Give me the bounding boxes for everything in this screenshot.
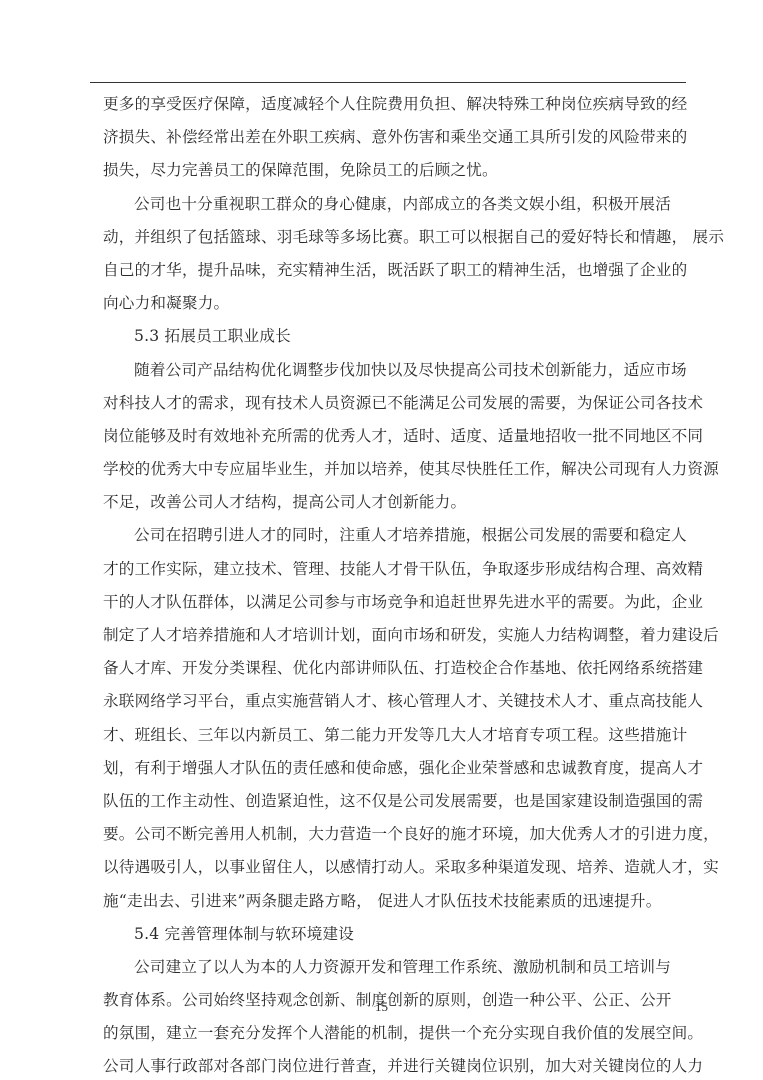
header-rule xyxy=(90,82,686,83)
text-line: 以待遇吸引人，以事业留住人，以感情打动人。采取多种渠道发现、培养、造就人才，实 xyxy=(103,851,675,884)
text-line: 岗位能够及时有效地补充所需的优秀人才，适时、适度、适量地招收一批不同地区不同 xyxy=(103,420,675,453)
text-line: 的氛围，建立一套充分发挥个人潜能的机制，提供一个充分实现自我价值的发展空间。 xyxy=(103,1017,675,1050)
text-line: 随着公司产品结构优化调整步伐加快以及尽快提高公司技术创新能力，适应市场 xyxy=(103,354,675,387)
text-line: 自己的才华，提升品味，充实精神生活，既活跃了职工的精神生活，也增强了企业的 xyxy=(103,254,675,287)
text-line: 公司人事行政部对各部门岗位进行普查，并进行关键岗位识别，加大对关键岗位的人力 xyxy=(103,1050,675,1080)
page-number: 15 xyxy=(0,999,763,1015)
text-line: 公司也十分重视职工群众的身心健康，内部成立的各类文娱小组，积极开展活 xyxy=(103,188,675,221)
text-line: 才的工作实际，建立技术、管理、技能人才骨干队伍，争取逐步形成结构合理、高效精 xyxy=(103,553,675,586)
paragraph-management-system: 公司建立了以人为本的人力资源开发和管理工作系统、激励机制和员工培训与 教育体系。… xyxy=(103,951,675,1080)
text-line: 对科技人才的需求，现有技术人员资源已不能满足公司发展的需要，为保证公司各技术 xyxy=(103,387,675,420)
text-line: 济损失、补偿经常出差在外职工疾病、意外伤害和乘坐交通工具所引发的风险带来的 xyxy=(103,121,675,154)
paragraph-insurance-continued: 更多的享受医疗保障，适度减轻个人住院费用负担、解决特殊工种岗位疾病导致的经 济损… xyxy=(103,88,675,188)
text-line: 不足，改善公司人才结构，提高公司人才创新能力。 xyxy=(103,486,675,519)
section-heading-5-4: 5.4 完善管理体制与软环境建设 xyxy=(103,918,675,951)
text-line: 队伍的工作主动性、创造紧迫性，这不仅是公司发展需要，也是国家建设制造强国的需 xyxy=(103,785,675,818)
text-line: 干的人才队伍群体，以满足公司参与市场竞争和追赶世界先进水平的需要。为此，企业 xyxy=(103,586,675,619)
text-line: 才、班组长、三年以内新员工、第二能力开发等几大人才培育专项工程。这些措施计 xyxy=(103,719,675,752)
section-heading-5-3: 5.3 拓展员工职业成长 xyxy=(103,320,675,353)
text-line: 公司建立了以人为本的人力资源开发和管理工作系统、激励机制和员工培训与 xyxy=(103,951,675,984)
text-line: 划，有利于增强人才队伍的责任感和使命感，强化企业荣誉感和忠诚教育度，提高人才 xyxy=(103,752,675,785)
text-line: 施“走出去、引进来”两条腿走路方略， 促进人才队伍技术技能素质的迅速提升。 xyxy=(103,885,675,918)
text-line: 永联网络学习平台，重点实施营销人才、核心管理人才、关键技术人才、重点高技能人 xyxy=(103,685,675,718)
text-line: 动，并组织了包括篮球、羽毛球等多场比赛。职工可以根据自己的爱好特长和情趣， 展示 xyxy=(103,221,675,254)
text-line: 更多的享受医疗保障，适度减轻个人住院费用负担、解决特殊工种岗位疾病导致的经 xyxy=(103,88,675,121)
text-line: 学校的优秀大中专应届毕业生，并加以培养，使其尽快胜任工作，解决公司现有人力资源 xyxy=(103,453,675,486)
text-line: 损失，尽力完善员工的保障范围，免除员工的后顾之忧。 xyxy=(103,154,675,187)
text-line: 备人才库、开发分类课程、优化内部讲师队伍、打造校企合作基地、依托网络系统搭建 xyxy=(103,652,675,685)
paragraph-talent-training: 公司在招聘引进人才的同时，注重人才培养措施，根据公司发展的需要和稳定人 才的工作… xyxy=(103,519,675,917)
text-line: 向心力和凝聚力。 xyxy=(103,287,675,320)
text-line: 要。公司不断完善用人机制，大力营造一个良好的施才环境，加大优秀人才的引进力度， xyxy=(103,818,675,851)
paragraph-talent-recruitment: 随着公司产品结构优化调整步伐加快以及尽快提高公司技术创新能力，适应市场 对科技人… xyxy=(103,354,675,520)
text-line: 公司在招聘引进人才的同时，注重人才培养措施，根据公司发展的需要和稳定人 xyxy=(103,519,675,552)
paragraph-employee-wellbeing: 公司也十分重视职工群众的身心健康，内部成立的各类文娱小组，积极开展活 动，并组织… xyxy=(103,188,675,321)
text-line: 制定了人才培养措施和人才培训计划，面向市场和研发，实施人力结构调整，着力建设后 xyxy=(103,619,675,652)
page-body: 更多的享受医疗保障，适度减轻个人住院费用负担、解决特殊工种岗位疾病导致的经 济损… xyxy=(103,88,675,1080)
